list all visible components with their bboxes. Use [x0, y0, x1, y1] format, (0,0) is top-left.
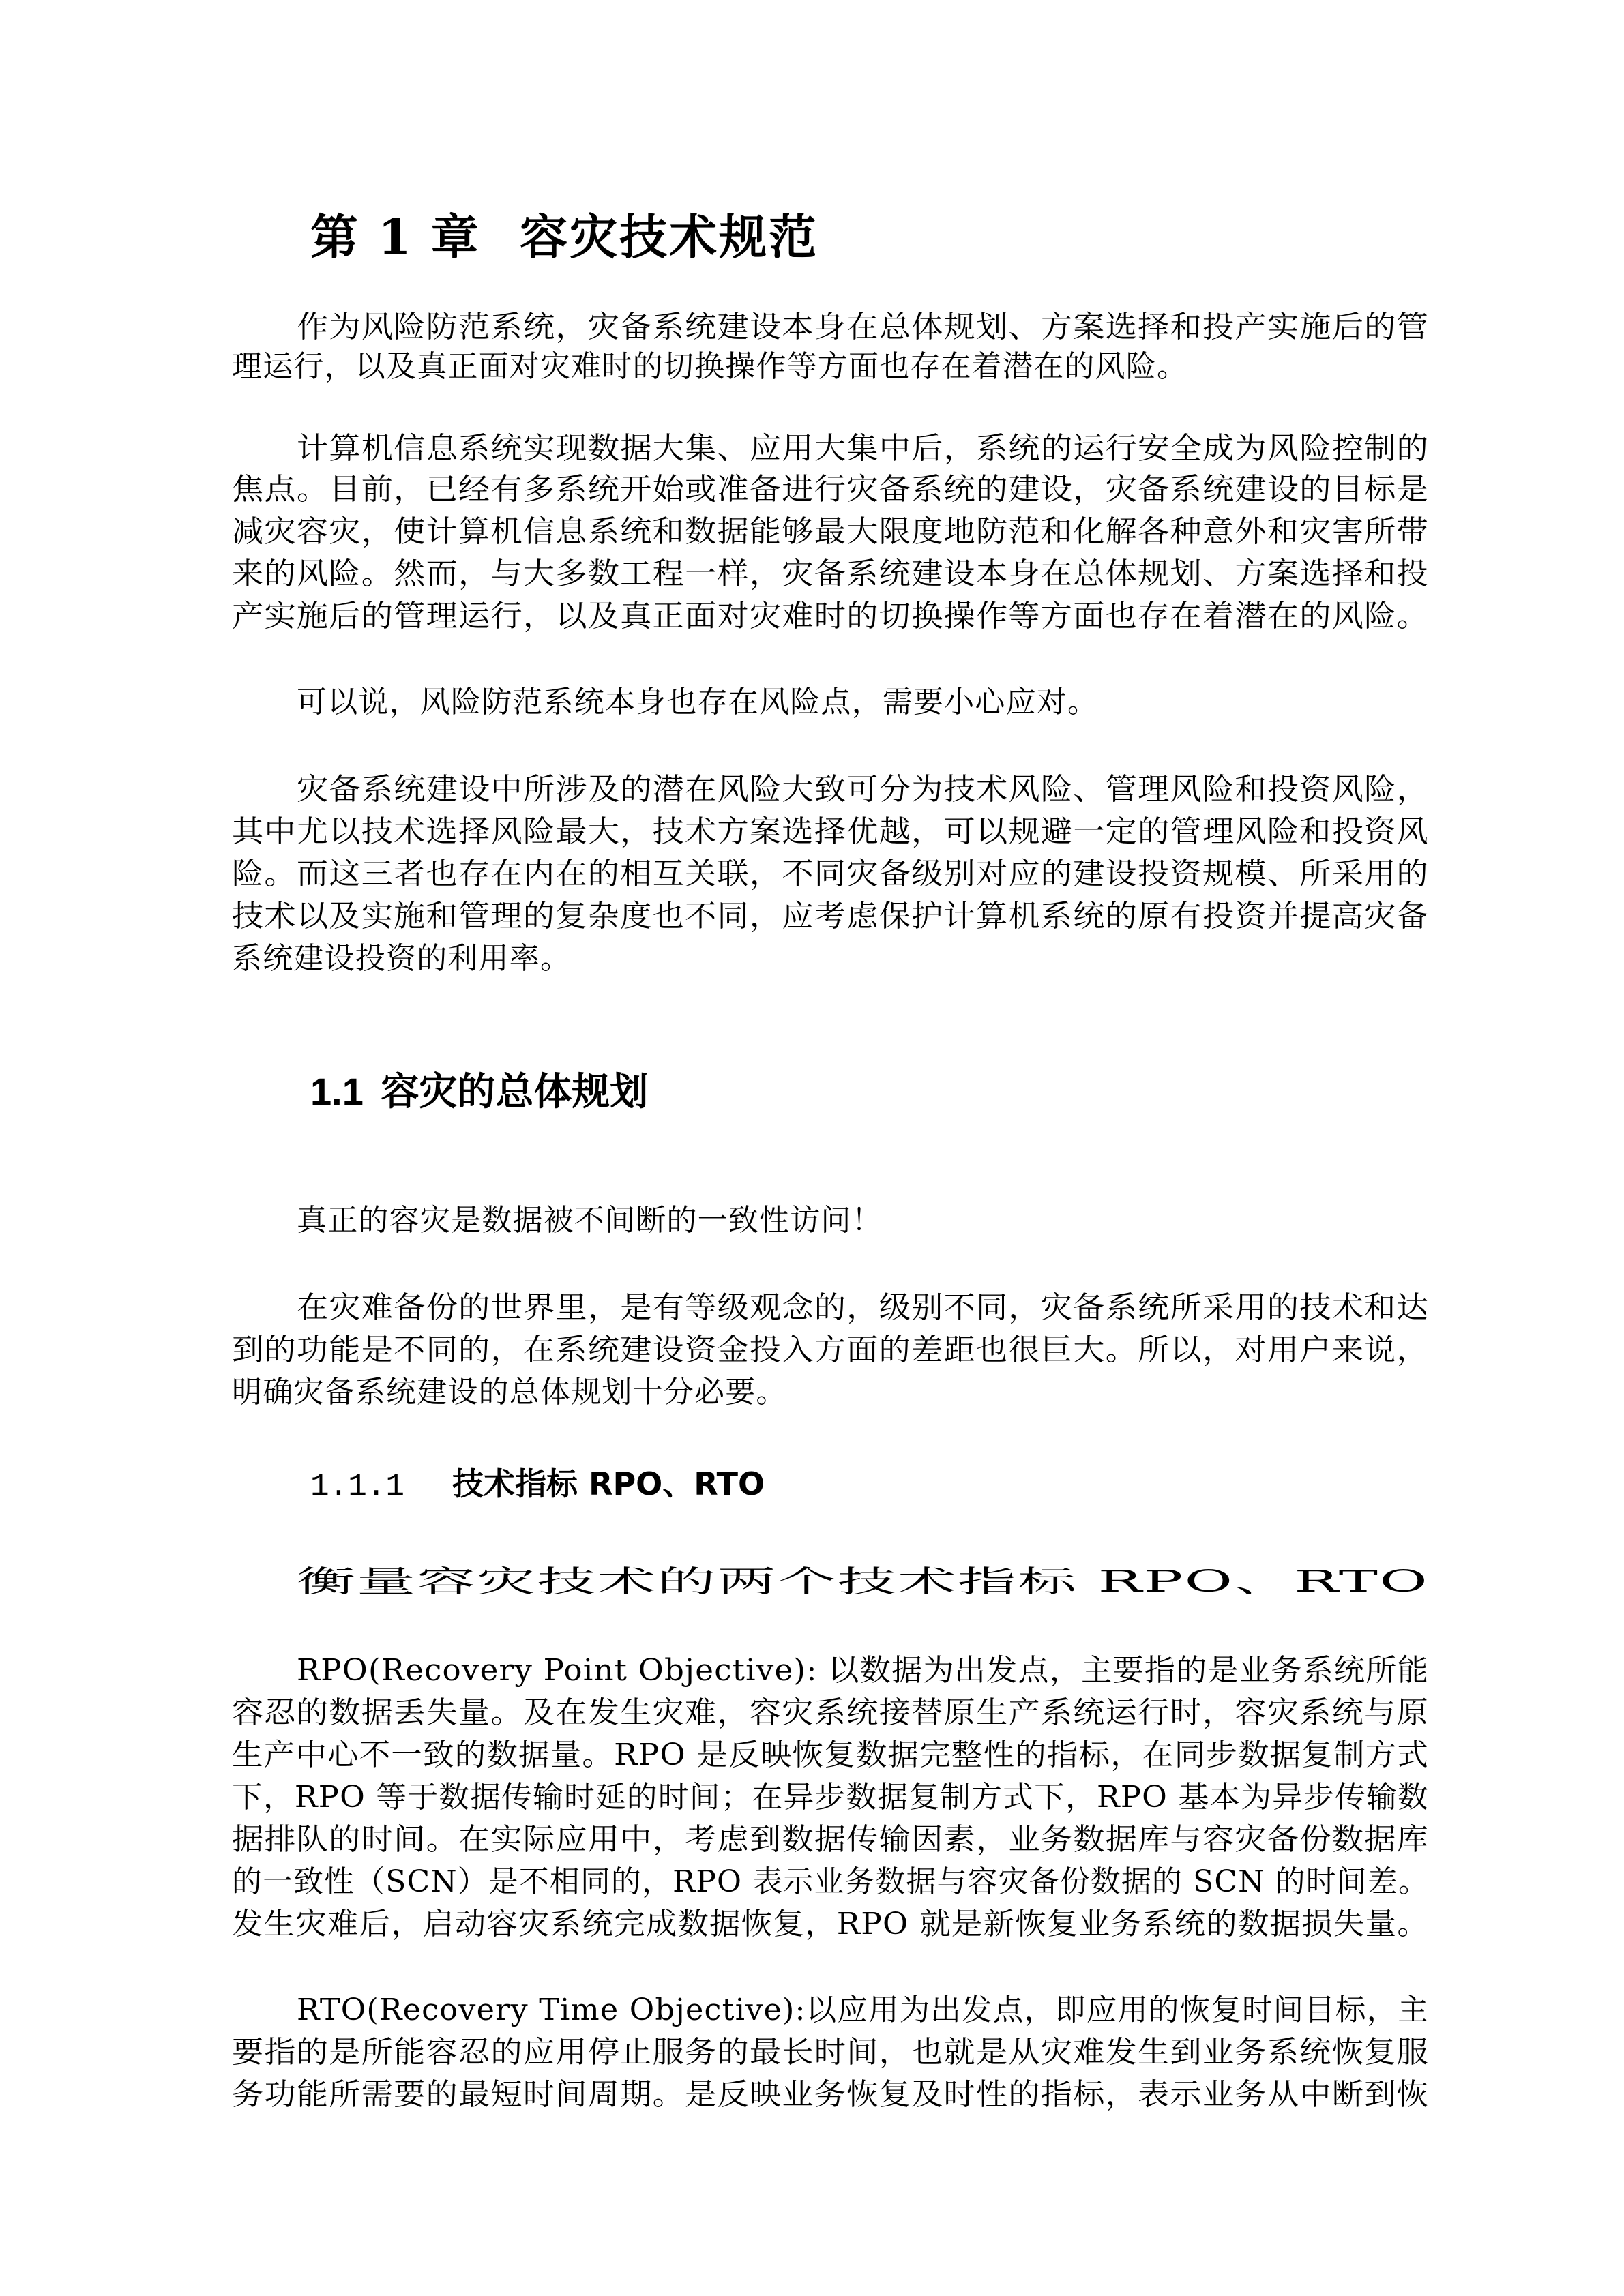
paragraph-line: 产实施后的管理运行，以及真正面对灾难时的切换操作等方面也存在着潜在的风险。	[232, 596, 1429, 637]
paragraph-line: 理运行，以及真正面对灾难时的切换操作等方面也存在着潜在的风险。	[232, 346, 1187, 387]
section-title: 1.1 容灾的总体规划	[310, 1062, 648, 1116]
paragraph-line: 在灾难备份的世界里，是有等级观念的，级别不同，灾备系统所采用的技术和达	[297, 1287, 1429, 1328]
subsection-number: 1.1.1	[310, 1469, 404, 1504]
paragraph-line: 到的功能是不同的，在系统建设资金投入方面的差距也很巨大。所以，对用户来说，	[232, 1330, 1429, 1371]
paragraph-line: 下，RPO 等于数据传输时延的时间；在异步数据复制方式下，RPO 基本为异步传输…	[232, 1777, 1429, 1818]
paragraph-line: 明确灾备系统建设的总体规划十分必要。	[232, 1372, 787, 1413]
paragraph-line: 技术以及实施和管理的复杂度也不同，应考虑保护计算机系统的原有投资并提高灾备	[232, 896, 1429, 937]
section-title-text: 容灾的总体规划	[381, 1070, 648, 1113]
chapter-suffix: 章	[431, 209, 481, 265]
paragraph-line: 计算机信息系统实现数据大集、应用大集中后，系统的运行安全成为风险控制的	[297, 428, 1429, 469]
paragraph-line: 灾备系统建设中所涉及的潜在风险大致可分为技术风险、管理风险和投资风险，	[297, 769, 1429, 810]
paragraph-line: 真正的容灾是数据被不间断的一致性访问！	[297, 1200, 883, 1241]
paragraph-line: 系统建设投资的利用率。	[232, 938, 571, 979]
paragraph-line: 发生灾难后，启动容灾系统完成数据恢复，RPO 就是新恢复业务系统的数据损失量。	[232, 1904, 1429, 1945]
document-page: 第1章 容灾技术规范 作为风险防范系统，灾备系统建设本身在总体规划、方案选择和投…	[0, 0, 1624, 2296]
paragraph-line: 据排队的时间。在实际应用中，考虑到数据传输因素，业务数据库与容灾备份数据库	[232, 1819, 1429, 1860]
paragraph-line: 作为风险防范系统，灾备系统建设本身在总体规划、方案选择和投产实施后的管	[297, 307, 1429, 348]
chapter-title-text: 容灾技术规范	[520, 209, 818, 265]
subsection-title-text: 技术指标 RPO、RTO	[452, 1465, 765, 1502]
paragraph-line: 可以说，风险防范系统本身也存在风险点，需要小心应对。	[297, 682, 1098, 723]
chapter-number: 1	[378, 209, 413, 265]
paragraph-line: 来的风险。然而，与大多数工程一样，灾备系统建设本身在总体规划、方案选择和投	[232, 554, 1429, 595]
paragraph-line: 务功能所需要的最短时间周期。是反映业务恢复及时性的指标，表示业务从中断到恢	[232, 2074, 1429, 2115]
chapter-title: 第1章 容灾技术规范	[310, 199, 818, 268]
paragraph-line: 险。而这三者也存在内在的相互关联，不同灾备级别对应的建设投资规模、所采用的	[232, 854, 1429, 895]
paragraph-line: 其中尤以技术选择风险最大，技术方案选择优越，可以规避一定的管理风险和投资风	[232, 811, 1429, 852]
chapter-prefix: 第	[310, 209, 360, 265]
section-number: 1.1	[310, 1070, 364, 1113]
paragraph-line: 要指的是所能容忍的应用停止服务的最长时间，也就是从灾难发生到业务系统恢复服	[232, 2032, 1429, 2073]
subsection-title: 1.1.1技术指标 RPO、RTO	[310, 1459, 765, 1504]
paragraph-line: RTO(Recovery Time Objective):以应用为出发点，即应用…	[297, 1990, 1429, 2031]
paragraph-line: 焦点。目前，已经有多系统开始或准备进行灾备系统的建设，灾备系统建设的目标是	[232, 469, 1429, 510]
paragraph-line: 生产中心不一致的数据量。RPO 是反映恢复数据完整性的指标，在同步数据复制方式	[232, 1735, 1429, 1776]
paragraph-line: 的一致性（SCN）是不相同的，RPO 表示业务数据与容灾备份数据的 SCN 的时…	[232, 1862, 1429, 1903]
paragraph-line: 容忍的数据丢失量。及在发生灾难，容灾系统接替原生产系统运行时，容灾系统与原	[232, 1693, 1429, 1733]
paragraph-line: RPO(Recovery Point Objective): 以数据为出发点，主…	[297, 1650, 1429, 1691]
paragraph-line: 衡量容灾技术的两个技术指标 RPO、RTO	[297, 1562, 1429, 1602]
paragraph-line: 减灾容灾，使计算机信息系统和数据能够最大限度地防范和化解各种意外和灾害所带	[232, 511, 1429, 552]
